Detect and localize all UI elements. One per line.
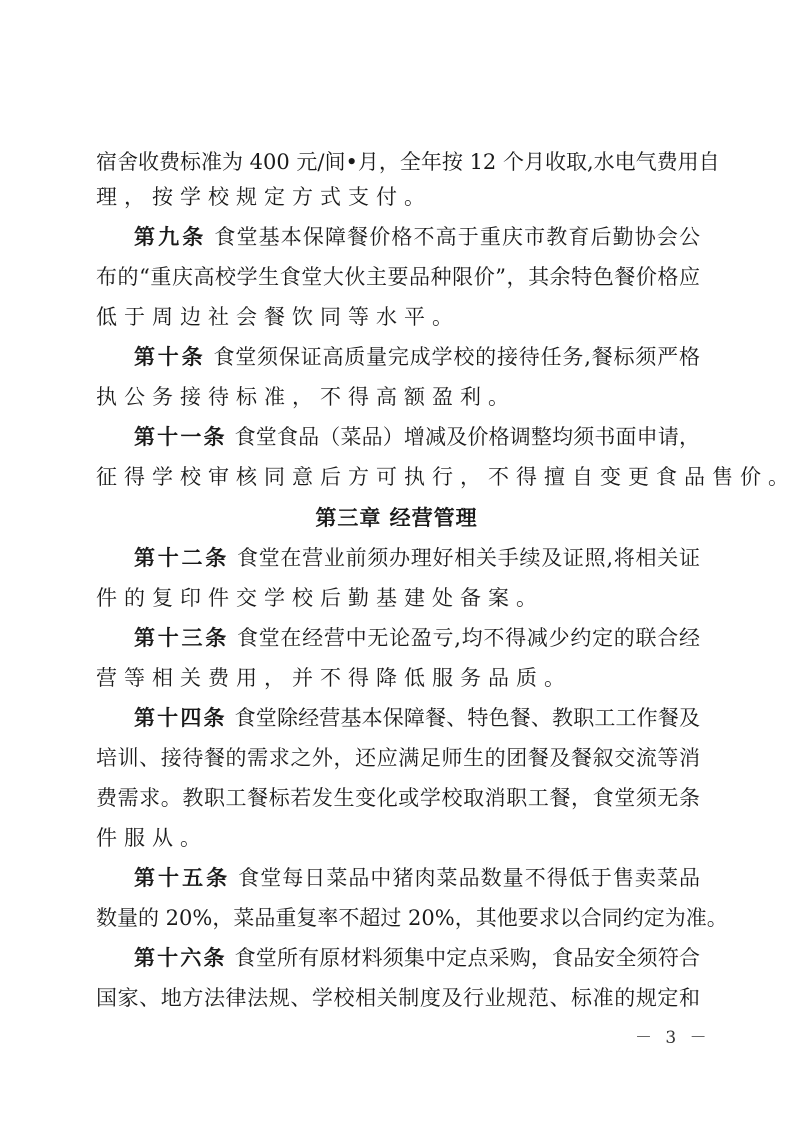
article-10-line: 第十条食堂须保证高质量完成学校的接待任务,餐标须严格	[134, 342, 700, 372]
article-text: 食堂在经营中无论盈亏,均不得减少约定的联合经	[237, 626, 700, 650]
body-line: 低于周边社会餐饮同等水平。	[96, 302, 700, 332]
article-heading: 第十条	[134, 345, 205, 369]
article-heading: 第十四条	[134, 706, 227, 730]
body-line: 数量的 20%，菜品重复率不超过 20%，其他要求以合同约定为准。	[96, 903, 700, 933]
article-heading: 第十三条	[134, 626, 229, 650]
article-text: 食堂在营业前须办理好相关手续及证照,将相关证	[237, 546, 700, 570]
article-text: 食堂食品（菜品）增减及价格调整均须书面申请，	[235, 425, 700, 449]
body-line: 执公务接待标准，不得高额盈利。	[96, 382, 700, 412]
body-line: 营等相关费用，并不得降低服务品质。	[96, 663, 700, 693]
article-16-line: 第十六条食堂所有原材料须集中定点采购，食品安全须符合	[134, 943, 700, 973]
article-heading: 第十一条	[134, 425, 227, 449]
article-text: 食堂除经营基本保障餐、特色餐、教职工工作餐及	[235, 706, 700, 730]
article-12-line: 第十二条食堂在营业前须办理好相关手续及证照,将相关证	[134, 543, 700, 573]
article-text: 食堂基本保障餐价格不高于重庆市教育后勤协会公	[214, 225, 700, 249]
article-heading: 第十二条	[134, 546, 229, 570]
body-line: 宿舍收费标准为 400 元/间•月，全年按 12 个月收取,水电气费用自	[96, 147, 700, 177]
body-line: 征得学校审核同意后方可执行，不得擅自变更食品售价。	[96, 462, 700, 492]
article-15-line: 第十五条食堂每日菜品中猪肉菜品数量不得低于售卖菜品	[134, 863, 700, 893]
article-heading: 第九条	[134, 225, 206, 249]
article-13-line: 第十三条食堂在经营中无论盈亏,均不得减少约定的联合经	[134, 623, 700, 653]
document-page: 宿舍收费标准为 400 元/间•月，全年按 12 个月收取,水电气费用自 理，按…	[0, 0, 793, 1122]
chapter-title: 第三章 经营管理	[0, 503, 793, 533]
body-line: 理，按学校规定方式支付。	[96, 182, 700, 212]
article-11-line: 第十一条食堂食品（菜品）增减及价格调整均须书面申请，	[134, 422, 700, 452]
body-line: 培训、接待餐的需求之外，还应满足师生的团餐及餐叙交流等消	[96, 743, 700, 773]
article-text: 食堂所有原材料须集中定点采购，食品安全须符合	[235, 946, 700, 970]
body-line: 国家、地方法律法规、学校相关制度及行业规范、标准的规定和	[96, 983, 700, 1013]
body-line: 费需求。教职工餐标若发生变化或学校取消职工餐，食堂须无条	[96, 783, 700, 813]
article-14-line: 第十四条食堂除经营基本保障餐、特色餐、教职工工作餐及	[134, 703, 700, 733]
article-9-line: 第九条食堂基本保障餐价格不高于重庆市教育后勤协会公	[134, 222, 700, 252]
article-heading: 第十五条	[134, 866, 230, 890]
body-line: 件服从。	[96, 823, 700, 853]
article-text: 食堂须保证高质量完成学校的接待任务,餐标须严格	[213, 345, 700, 369]
article-heading: 第十六条	[134, 946, 227, 970]
page-number: － 3 －	[635, 1026, 711, 1050]
body-line: 布的“重庆高校学生食堂大伙主要品种限价”，其余特色餐价格应	[96, 262, 700, 292]
body-line: 件的复印件交学校后勤基建处备案。	[96, 583, 700, 613]
article-text: 食堂每日菜品中猪肉菜品数量不得低于售卖菜品	[238, 866, 700, 890]
